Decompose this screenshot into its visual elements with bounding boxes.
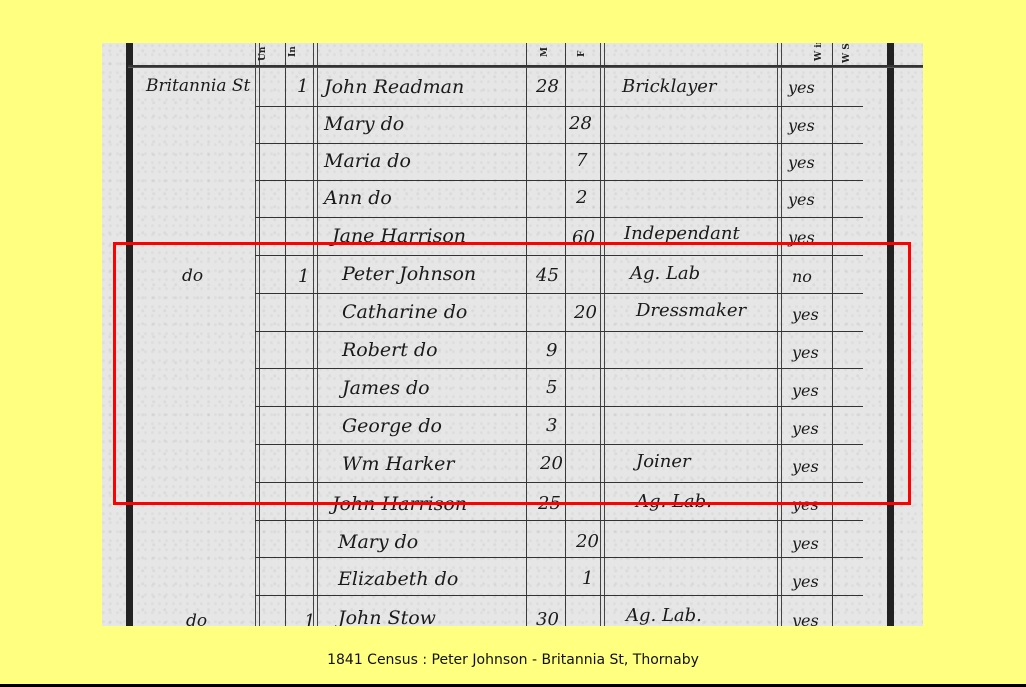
- age-male-cell: 28: [536, 78, 559, 96]
- row-rule: [255, 106, 863, 107]
- name-cell: Wm Harker: [342, 455, 454, 474]
- header-uninhabited: Un or: [258, 43, 268, 61]
- born-in-county-cell: yes: [792, 459, 819, 475]
- occupation-cell: Independant: [624, 225, 740, 243]
- occupation-cell: Joiner: [636, 453, 691, 471]
- street-cell: do: [186, 613, 207, 626]
- row-rule: [255, 180, 863, 181]
- born-in-county-cell: yes: [792, 574, 819, 590]
- born-in-county-cell: yes: [788, 155, 815, 171]
- name-cell: James do: [342, 379, 430, 398]
- row-rule: [255, 368, 863, 369]
- age-female-cell: 60: [572, 229, 595, 247]
- header-inhabited: In: [288, 46, 298, 57]
- born-in-county-cell: no: [792, 269, 812, 285]
- column-rule: [526, 43, 527, 626]
- header-rule: [128, 65, 923, 68]
- name-cell: Elizabeth do: [338, 570, 458, 589]
- name-cell: John Stow: [338, 609, 436, 626]
- name-cell: Catharine do: [342, 303, 467, 322]
- born-in-county-cell: yes: [792, 613, 819, 626]
- born-in-county-cell: yes: [792, 421, 819, 437]
- age-male-cell: 25: [538, 495, 561, 513]
- age-female-cell: 2: [576, 189, 587, 207]
- age-male-cell: 3: [546, 417, 557, 435]
- age-female-cell: 20: [576, 533, 599, 551]
- name-cell: Jane Harrison: [332, 227, 466, 246]
- born-in-county-cell: yes: [788, 80, 815, 96]
- house-mark-cell: 1: [304, 613, 315, 626]
- row-rule: [255, 143, 863, 144]
- age-female-cell: 28: [569, 115, 592, 133]
- column-rule: [285, 43, 286, 626]
- name-cell: John Readman: [324, 78, 464, 97]
- born-in-county-cell: yes: [788, 230, 815, 246]
- born-in-county-cell: yes: [792, 307, 819, 323]
- name-cell: Mary do: [324, 115, 404, 134]
- right-margin-rule: [887, 43, 894, 626]
- name-cell: Mary do: [338, 533, 418, 552]
- header-males: M: [540, 47, 550, 57]
- age-male-cell: 20: [540, 455, 563, 473]
- occupation-cell: Bricklayer: [622, 78, 717, 96]
- age-female-cell: 1: [582, 570, 593, 588]
- column-rule: [565, 43, 566, 626]
- born-in-county-cell: yes: [792, 345, 819, 361]
- column-rule: [777, 43, 782, 626]
- occupation-cell: Ag. Lab: [630, 265, 700, 283]
- row-rule: [255, 293, 863, 294]
- row-rule: [255, 217, 863, 218]
- age-female-cell: 20: [574, 304, 597, 322]
- occupation-cell: Dressmaker: [636, 302, 746, 320]
- name-cell: John Harrison: [332, 495, 467, 514]
- house-mark-cell: 1: [298, 268, 309, 286]
- age-male-cell: 45: [536, 267, 559, 285]
- name-cell: Maria do: [324, 152, 411, 171]
- column-rule: [255, 43, 260, 626]
- born-in-county-cell: yes: [788, 192, 815, 208]
- name-cell: Peter Johnson: [342, 265, 476, 284]
- age-male-cell: 9: [546, 342, 557, 360]
- census-scan-image: Un or In M F W in W Sc or Britannia St 1…: [102, 43, 923, 626]
- column-rule: [313, 43, 318, 626]
- column-rule: [600, 43, 605, 626]
- row-rule: [255, 482, 863, 483]
- born-in-county-cell: yes: [792, 536, 819, 552]
- row-rule: [255, 557, 863, 558]
- image-caption: 1841 Census : Peter Johnson - Britannia …: [0, 652, 1026, 668]
- born-in-county-cell: yes: [792, 497, 819, 513]
- column-rule: [832, 43, 833, 626]
- born-in-county-cell: yes: [788, 118, 815, 134]
- row-rule: [255, 520, 863, 521]
- age-male-cell: 30: [536, 611, 559, 626]
- age-male-cell: 5: [546, 379, 557, 397]
- row-rule: [255, 331, 863, 332]
- row-rule: [255, 406, 863, 407]
- header-born-elsewhere: W Sc or: [842, 43, 852, 63]
- occupation-cell: Ag. Lab.: [626, 607, 702, 625]
- age-female-cell: 7: [576, 152, 587, 170]
- name-cell: Ann do: [324, 189, 392, 208]
- row-rule: [255, 595, 863, 596]
- name-cell: George do: [342, 417, 442, 436]
- house-mark-cell: 1: [297, 78, 308, 96]
- born-in-county-cell: yes: [792, 383, 819, 399]
- occupation-cell: Ag. Lab.: [636, 493, 712, 511]
- row-rule: [255, 255, 863, 256]
- street-cell: do: [182, 268, 203, 285]
- row-rule: [255, 444, 863, 445]
- margin-rule: [126, 43, 133, 626]
- header-females: F: [577, 51, 587, 57]
- street-cell: Britannia St: [146, 78, 250, 95]
- name-cell: Robert do: [342, 341, 438, 360]
- header-born-in-county: W in: [814, 43, 824, 61]
